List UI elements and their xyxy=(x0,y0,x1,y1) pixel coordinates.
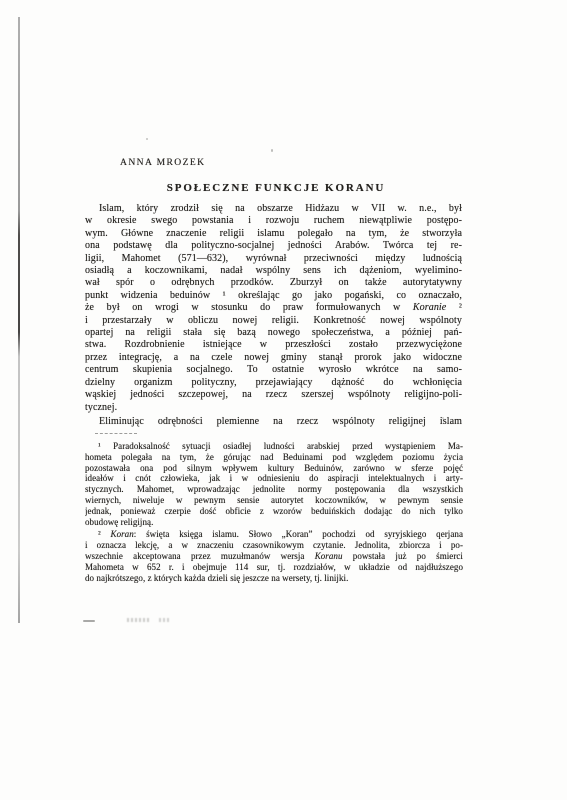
text-line: w okresie swego powstania i rozwoju ruch… xyxy=(85,215,462,227)
text-line: jednak, ponieważ czerpie dość obficie z … xyxy=(85,506,463,517)
scan-speck xyxy=(146,138,148,140)
footnotes-block: ¹ Paradoksalność sytuacji osiadłej ludno… xyxy=(85,441,463,583)
text-line: opartej na religii stała się bazą nowego… xyxy=(85,327,462,339)
text-line: i oznacza lekcję, a w znaczeniu czasowni… xyxy=(85,540,463,551)
scan-fold-line-artifact xyxy=(18,17,20,623)
text-line: stycznych. Mahomet, wprowadzając jednoli… xyxy=(85,484,463,495)
text-line: obudowę religijną. xyxy=(85,517,463,528)
body-paragraph-2: Eliminując odrębności plemienne na rzecz… xyxy=(85,416,462,428)
article-title: SPOŁECZNE FUNKCJE KORANU xyxy=(85,182,467,194)
footnote-1: ¹ Paradoksalność sytuacji osiadłej ludno… xyxy=(85,441,463,527)
footnote-2: ² Koran: święta księga islamu. Słowo „Ko… xyxy=(85,529,463,583)
text-line: ideałów i cnót człowieka, jak i w odnies… xyxy=(85,473,463,484)
scan-smudge xyxy=(127,618,150,622)
body-paragraph-1: Islam, który zrodził się na obszarze Hid… xyxy=(85,203,462,414)
author-name: ANNA MROZEK xyxy=(120,157,206,168)
text-line: stwa. Rozdrobnienie istniejące w przeszł… xyxy=(85,339,462,351)
text-line: punkt widzenia beduinów ¹ określając go … xyxy=(85,290,462,302)
text-line: pozostawała ona pod silnym wpływem kultu… xyxy=(85,463,463,474)
scan-speck xyxy=(271,149,273,152)
text-line: wiernych, niweluje w pewnym sensie autor… xyxy=(85,495,463,506)
text-line: Islam, który zrodził się na obszarze Hid… xyxy=(85,203,462,215)
text-line: przez integrację, a na czele nowej gminy… xyxy=(85,352,462,364)
text-line: dzielny organizm polityczny, przejawiają… xyxy=(85,377,462,389)
footnote-separator xyxy=(95,433,137,434)
text-line: wąskiej jedności szczepowej, na rzecz sz… xyxy=(85,389,462,401)
scanned-page: ANNA MROZEK SPOŁECZNE FUNKCJE KORANU Isl… xyxy=(0,0,567,800)
text-line: i przestarzały w obliczu nowej religii. … xyxy=(85,315,462,327)
scan-smudge xyxy=(83,620,95,622)
text-line: hometa polegała na tym, że górując nad B… xyxy=(85,452,463,463)
text-line: tycznej. xyxy=(85,402,462,414)
text-line: wał spór o odrębnych przodków. Zburzył o… xyxy=(85,277,462,289)
text-line: ¹ Paradoksalność sytuacji osiadłej ludno… xyxy=(85,441,463,452)
text-line: ² Koran: święta księga islamu. Słowo „Ko… xyxy=(85,529,463,540)
text-line: że był on wrogi w stosunku do praw formu… xyxy=(85,302,462,314)
text-line: ligii, Mahomet (571—632), wyrównał przec… xyxy=(85,253,462,265)
text-line: ona podstawę dla polityczno-socjalnej je… xyxy=(85,240,462,252)
text-line: centrum skupienia socjalnego. To ostatni… xyxy=(85,364,462,376)
text-line: Eliminując odrębności plemienne na rzecz… xyxy=(85,416,462,428)
text-line: osiadłą a koczownikami, nadał wspólny se… xyxy=(85,265,462,277)
text-line: Mahometa w 652 r. i obejmuje 114 sur, tj… xyxy=(85,562,463,573)
text-line: wym. Główne znaczenie religii islamu pol… xyxy=(85,228,462,240)
text-line: wszechnie akceptowana przez muzułmanów w… xyxy=(85,551,463,562)
scan-smudge xyxy=(159,618,169,622)
text-line: do najkrótszego, z których każda dzieli … xyxy=(85,573,463,584)
